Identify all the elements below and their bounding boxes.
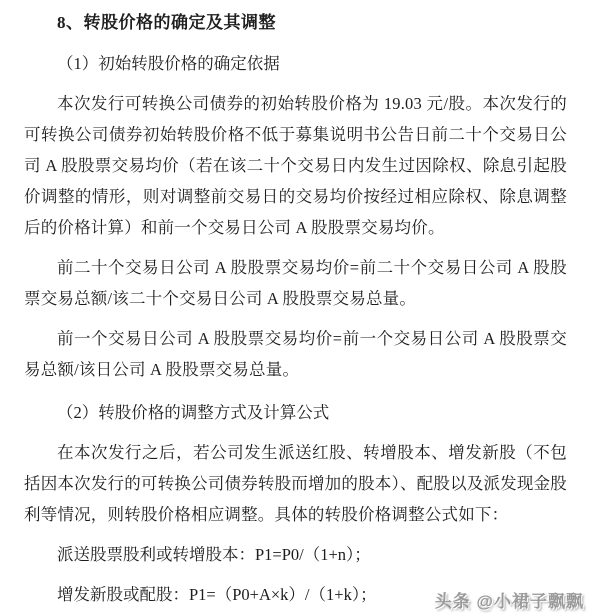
document-body: 8、转股价格的确定及其调整 （1）初始转股价格的确定依据 本次发行可转换公司债券… <box>0 0 591 610</box>
subsection-heading-2: （2）转股价格的调整方式及计算公式 <box>24 397 567 428</box>
paragraph-20day-average-formula: 前二十个交易日公司 A 股股票交易均价=前二十个交易日公司 A 股股票交易总额/… <box>24 252 567 314</box>
subsection-heading-1: （1）初始转股价格的确定依据 <box>24 48 567 79</box>
formula-stock-dividend: 派送股票股利或转增股本：P1=P0/（1+n）； <box>24 539 567 570</box>
section-heading: 8、转股价格的确定及其调整 <box>24 10 567 36</box>
document-page: 8、转股价格的确定及其调整 （1）初始转股价格的确定依据 本次发行可转换公司债券… <box>0 0 591 615</box>
watermark-toutiao: 头条 @小裙子飘飘 <box>435 587 584 612</box>
paragraph-initial-price-basis: 本次发行可转换公司债券的初始转股价格为 19.03 元/股。本次发行的可转换公司… <box>24 88 567 243</box>
paragraph-previous-day-average-formula: 前一个交易日公司 A 股股票交易均价=前一个交易日公司 A 股股票交易总额/该日… <box>24 323 567 385</box>
paragraph-adjustment-conditions: 在本次发行之后，若公司发生派送红股、转增股本、增发新股（不包括因本次发行的可转换… <box>24 437 567 530</box>
